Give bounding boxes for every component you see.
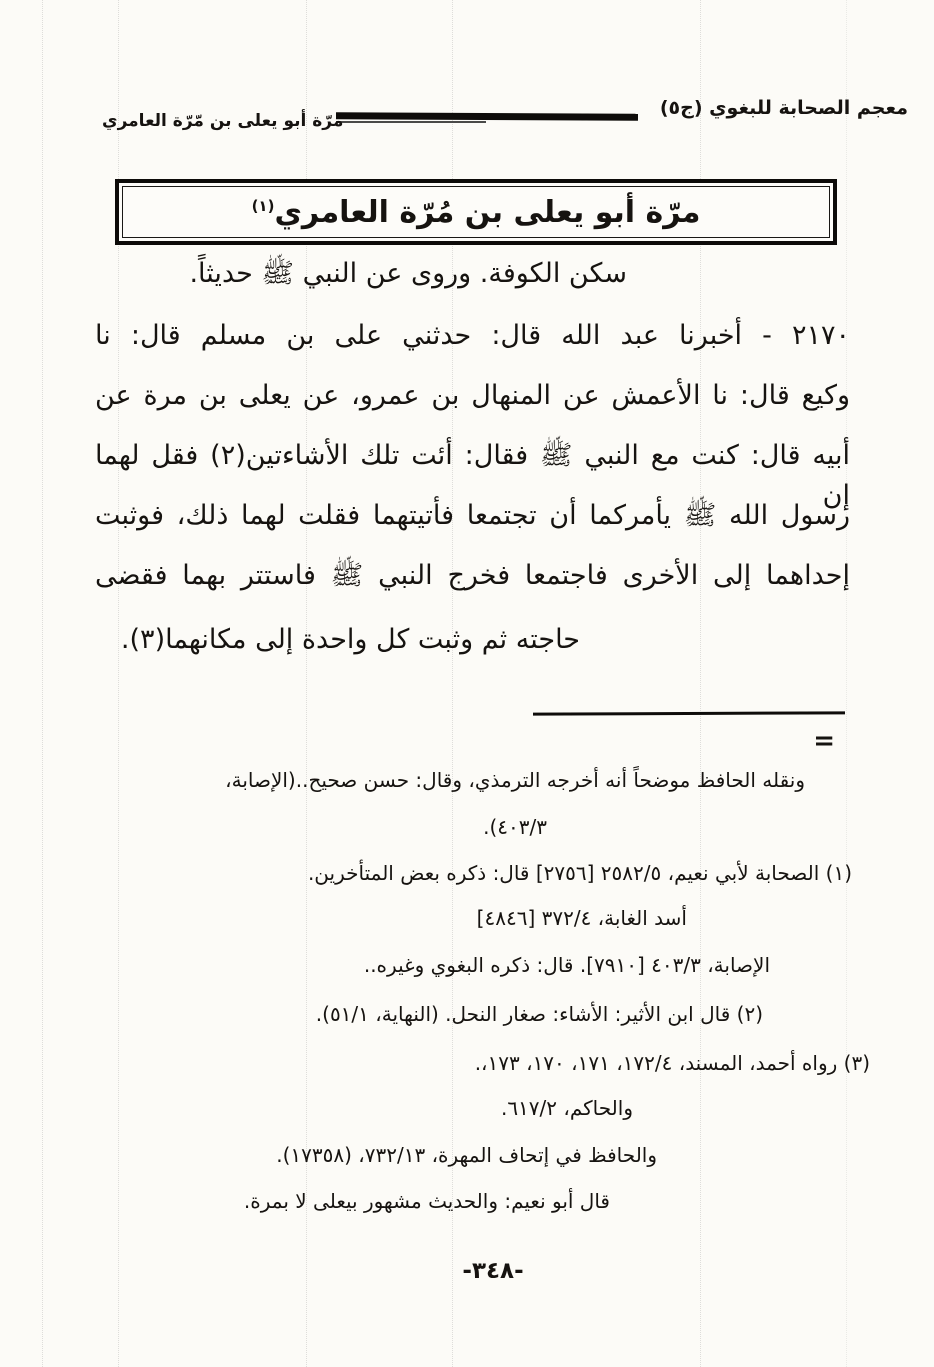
footnote-line: قال أبو نعيم: والحديث مشهور بيعلى لا بمر… [244, 1186, 610, 1216]
running-head-rule [336, 112, 638, 121]
body-line: إحداهما إلى الأخرى فاجتمعا فخرج النبي ﷺ … [95, 556, 850, 596]
footnote-line: ٤٠٣/٣). [483, 812, 547, 842]
page-number: -٣٤٨- [420, 1258, 566, 1284]
running-head-entry-title: مرّة أبو يعلى بن مّرّة العامري [102, 111, 343, 131]
scan-noise-line [42, 0, 44, 1367]
footnote-line: أسد الغابة، ٣٧٢/٤ [٤٨٤٦] [477, 903, 687, 933]
footnote-continuation-marker: = [813, 726, 835, 756]
body-line: رسول الله ﷺ يأمركما أن تجتمعا فأتيتهما ف… [95, 496, 850, 536]
body-line: وكيع قال: نا الأعمش عن المنهال بن عمرو، … [95, 376, 850, 416]
footnote-line: الإصابة، ٤٠٣/٣ [٧٩١٠]. قال: ذكره البغوي … [364, 950, 770, 980]
scan-noise-line [846, 0, 848, 1367]
scanned-book-page: معجم الصحابة للبغوي (ج٥) مرّة أبو يعلى ب… [0, 0, 934, 1367]
footnote-line: (٣) رواه أحمد، المسند، ١٧٢/٤، ١٧١، ١٧٠، … [475, 1048, 870, 1078]
running-head-book-title: معجم الصحابة للبغوي (ج٥) [660, 97, 908, 119]
footnote-line: ونقله الحافظ موضحاً أنه أخرجه الترمذي، و… [225, 765, 805, 795]
running-head-rule-thin [336, 121, 486, 123]
entry-title-text: مرّة أبو يعلى بن مُرّة العامري [274, 195, 700, 230]
footnote-line: والحاكم، ٦١٧/٢. [501, 1093, 633, 1123]
body-line: حاجته ثم وثبت كل واحدة إلى مكانهما(٣). [121, 620, 580, 660]
entry-title: مرّة أبو يعلى بن مُرّة العامري(١) [252, 195, 701, 230]
entry-title-box: مرّة أبو يعلى بن مُرّة العامري(١) [115, 179, 837, 245]
entry-title-box-inner: مرّة أبو يعلى بن مُرّة العامري(١) [122, 186, 830, 238]
body-line: سكن الكوفة. وروى عن النبي ﷺ حديثاً. [189, 254, 627, 294]
footnote-line: (٢) قال ابن الأثير: الأشاء: صغار النحل. … [316, 999, 763, 1029]
footnote-line: (١) الصحابة لأبي نعيم، ٢٥٨٢/٥ [٢٧٥٦] قال… [308, 858, 852, 888]
footnote-separator-rule [533, 711, 845, 715]
body-line: ٢١٧٠ - أخبرنا عبد الله قال: حدثني على بن… [95, 316, 850, 356]
footnote-line: والحافظ في إتحاف المهرة، ٧٣٢/١٣، (١٧٣٥٨)… [276, 1140, 657, 1170]
entry-title-footnote-marker: (١) [252, 197, 275, 215]
